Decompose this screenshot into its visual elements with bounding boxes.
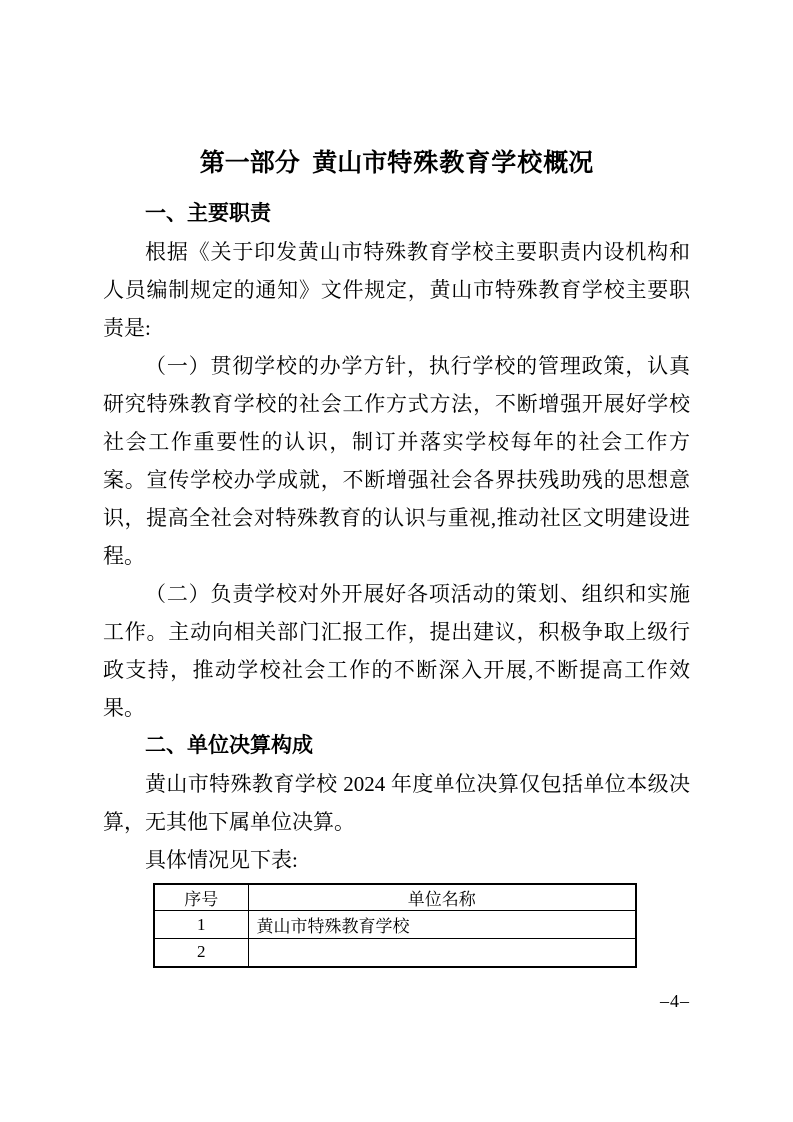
table-header-unit-name: 单位名称 (248, 884, 636, 911)
table-cell-unit-name (248, 939, 636, 967)
table-header-index: 序号 (154, 884, 248, 911)
document-page: 第一部分 黄山市特殊教育学校概况 一、主要职责 根据《关于印发黄山市特殊教育学校… (0, 0, 793, 1122)
paragraph-table-note: 具体情况见下表: (103, 841, 690, 879)
section-one-heading: 一、主要职责 (103, 195, 690, 233)
paragraph-budget-composition: 黄山市特殊教育学校 2024 年度单位决算仅包括单位本级决算，无其他下属单位决算… (103, 765, 690, 841)
table-cell-index: 2 (154, 939, 248, 967)
paragraph-duties-intro: 根据《关于印发黄山市特殊教育学校主要职责内设机构和人员编制规定的通知》文件规定，… (103, 233, 690, 347)
page-title: 第一部分 黄山市特殊教育学校概况 (103, 146, 690, 181)
table-row: 1 黄山市特殊教育学校 (154, 911, 636, 939)
table-row: 2 (154, 939, 636, 967)
table-cell-index: 1 (154, 911, 248, 939)
table-cell-unit-name: 黄山市特殊教育学校 (248, 911, 636, 939)
paragraph-duty-item-2: （二）负责学校对外开展好各项活动的策划、组织和实施工作。主动向相关部门汇报工作，… (103, 575, 690, 727)
table-header-row: 序号 单位名称 (154, 884, 636, 911)
units-table: 序号 单位名称 1 黄山市特殊教育学校 2 (153, 883, 637, 968)
section-two-heading: 二、单位决算构成 (103, 727, 690, 765)
page-title-prefix: 第一部分 黄山市 (200, 150, 388, 177)
page-title-emphasis: 特殊教育学校 (387, 149, 543, 177)
paragraph-duty-item-1: （一）贯彻学校的办学方针，执行学校的管理政策，认真研究特殊教育学校的社会工作方式… (103, 347, 690, 575)
page-number: –4– (0, 991, 690, 1012)
document-content: 第一部分 黄山市特殊教育学校概况 一、主要职责 根据《关于印发黄山市特殊教育学校… (103, 146, 690, 968)
page-title-suffix: 概况 (543, 150, 593, 177)
